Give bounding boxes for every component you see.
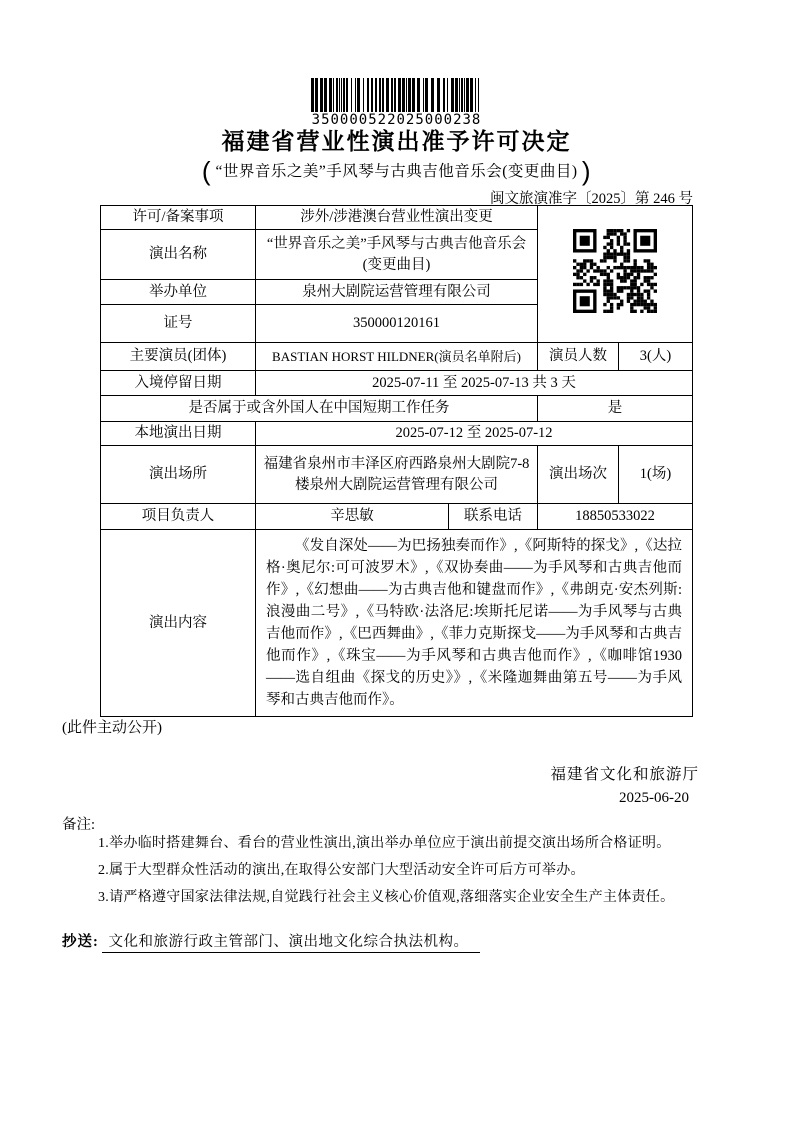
issuer-name: 福建省文化和旅游厅: [550, 762, 699, 784]
document-title: 福建省营业性演出准予许可决定: [0, 123, 793, 156]
issue-date: 2025-06-20: [619, 790, 689, 807]
field-value: “世界音乐之美”手风琴与古典吉他音乐会(变更曲目): [256, 230, 538, 280]
field-value: 2025-07-12 至 2025-07-12: [256, 422, 693, 446]
field-value: 1(场): [619, 446, 693, 504]
field-value: 辛思敏: [256, 504, 449, 530]
field-label: 举办单位: [101, 280, 256, 305]
field-label: 演出场次: [538, 446, 619, 504]
field-label: 主要演员(团体): [101, 343, 256, 371]
field-label: 本地演出日期: [101, 422, 256, 446]
cc-label: 抄送:: [62, 934, 99, 950]
cc-line: 抄送: 文化和旅游行政主管部门、演出地文化综合执法机构。: [62, 930, 480, 951]
field-label: 许可/备案事项: [101, 206, 256, 230]
field-value: 泉州大剧院运营管理有限公司: [256, 280, 538, 305]
field-value: BASTIAN HORST HILDNER(演员名单附后): [256, 343, 538, 371]
barcode-icon: [311, 78, 483, 112]
row-license-item: 许可/备案事项 涉外/涉港澳台营业性演出变更: [101, 206, 693, 230]
cc-content: 文化和旅游行政主管部门、演出地文化综合执法机构。: [102, 934, 480, 953]
field-value: 350000120161: [256, 305, 538, 343]
row-venue: 演出场所 福建省泉州市丰泽区府西路泉州大剧院7-8楼泉州大剧院运营管理有限公司 …: [101, 446, 693, 504]
field-label: 演出场所: [101, 446, 256, 504]
qr-cell: [538, 206, 693, 343]
row-project-manager: 项目负责人 辛思敏 联系电话 18850533022: [101, 504, 693, 530]
barcode-block: 350000522025000238: [0, 78, 793, 128]
field-value: 2025-07-11 至 2025-07-13 共 3 天: [256, 371, 693, 396]
notes-label: 备注:: [62, 813, 95, 834]
field-label: 是否属于或含外国人在中国短期工作任务: [101, 396, 538, 422]
document-subtitle: ( “世界音乐之美”手风琴与古典吉他音乐会(变更曲目) ): [0, 156, 793, 187]
field-label: 项目负责人: [101, 504, 256, 530]
field-label: 演出内容: [101, 530, 256, 717]
field-label: 入境停留日期: [101, 371, 256, 396]
row-entry-stay-dates: 入境停留日期 2025-07-11 至 2025-07-13 共 3 天: [101, 371, 693, 396]
note-item: 2.属于大型群众性活动的演出,在取得公安部门大型活动安全许可后方可举办。: [98, 863, 738, 878]
subtitle-paren-open: (: [202, 156, 211, 186]
note-item: 1.举办临时搭建舞台、看台的营业性演出,演出举办单位应于演出前提交演出场所合格证…: [98, 836, 738, 851]
field-label: 演员人数: [538, 343, 619, 371]
field-value: 是: [538, 396, 693, 422]
qr-code-icon: [573, 229, 657, 313]
performance-content: 《发自深处——为巴扬独奏而作》,《阿斯特的探戈》,《达拉格·奥尼尔:可可波罗木》…: [256, 530, 693, 717]
field-value: 涉外/涉港澳台营业性演出变更: [256, 206, 538, 230]
permit-document-page: 350000522025000238 福建省营业性演出准予许可决定 ( “世界音…: [0, 0, 793, 1122]
publicity-note: (此件主动公开): [62, 716, 162, 737]
subtitle-text: “世界音乐之美”手风琴与古典吉他音乐会(变更曲目): [215, 163, 577, 180]
field-label: 证号: [101, 305, 256, 343]
field-value: 福建省泉州市丰泽区府西路泉州大剧院7-8楼泉州大剧院运营管理有限公司: [256, 446, 538, 504]
row-short-term-work: 是否属于或含外国人在中国短期工作任务 是: [101, 396, 693, 422]
field-value: 18850533022: [538, 504, 693, 530]
notes-list: 1.举办临时搭建舞台、看台的营业性演出,演出举办单位应于演出前提交演出场所合格证…: [98, 836, 738, 917]
row-main-performers: 主要演员(团体) BASTIAN HORST HILDNER(演员名单附后) 演…: [101, 343, 693, 371]
row-local-performance-dates: 本地演出日期 2025-07-12 至 2025-07-12: [101, 422, 693, 446]
field-label: 演出名称: [101, 230, 256, 280]
row-performance-content: 演出内容 《发自深处——为巴扬独奏而作》,《阿斯特的探戈》,《达拉格·奥尼尔:可…: [101, 530, 693, 717]
permit-table: 许可/备案事项 涉外/涉港澳台营业性演出变更 演出名称 “世界音乐之美”手风琴与…: [100, 205, 693, 717]
note-item: 3.请严格遵守国家法律法规,自觉践行社会主义核心价值观,落细落实企业安全生产主体…: [98, 890, 738, 905]
subtitle-paren-close: ): [582, 156, 591, 186]
field-label: 联系电话: [449, 504, 538, 530]
field-value: 3(人): [619, 343, 693, 371]
